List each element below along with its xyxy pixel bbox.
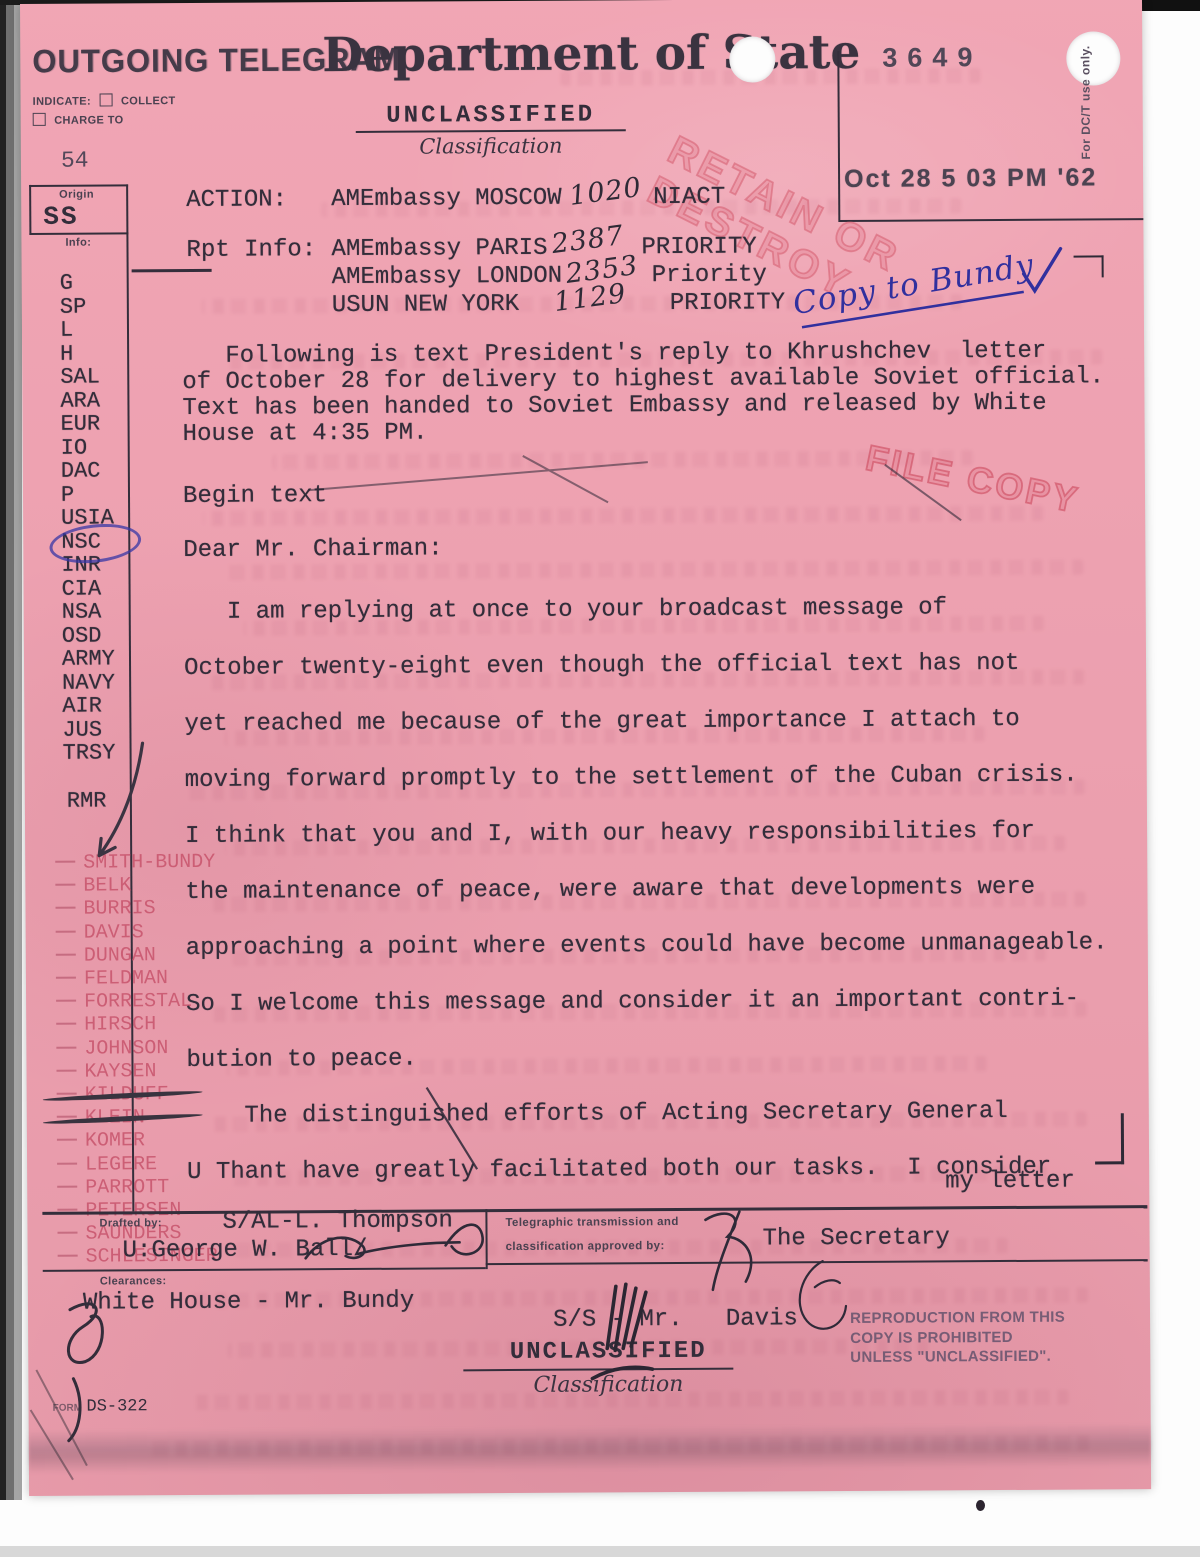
letter-body-line: approaching a point where events could h…: [186, 929, 1108, 962]
routing-code: G: [60, 271, 113, 295]
corner-mark-bottom: [1095, 1113, 1124, 1164]
letter-body-line: the maintenance of peace, were aware tha…: [185, 874, 1035, 906]
charge-to-label: CHARGE TO: [54, 114, 123, 126]
rpt-precedence: PRIORITY: [641, 234, 756, 262]
bottom-smudge: [29, 1423, 1151, 1474]
clearance-initials: [68, 1304, 103, 1441]
letter-body: I am replying at once to your broadcast …: [184, 593, 1148, 1219]
letter-body-line: I am replying at once to your broadcast …: [184, 594, 947, 626]
footer-divider: [485, 1209, 487, 1269]
intro-line: Text has been handed to Soviet Embassy a…: [182, 390, 1046, 422]
routing-code: SAL: [60, 365, 113, 389]
routing-code: DAC: [61, 459, 114, 483]
classification-label-bottom: Classification: [458, 1372, 758, 1399]
rpt-number-handwritten: 1129: [552, 278, 628, 318]
collect-label: COLLECT: [121, 95, 176, 107]
routing-code: SP: [60, 295, 113, 319]
scanned-telegram-page: OUTGOING TELEGRAM Department of State IN…: [0, 0, 1200, 1557]
serial-number: 3649: [882, 42, 982, 74]
approval-label-2: classification approved by:: [506, 1240, 686, 1253]
action-destination: AMEmbassy MOSCOW: [331, 185, 562, 213]
routing-code: EUR: [60, 412, 113, 436]
dct-box-bottom-border: [838, 218, 1143, 222]
rmr-code: RMR: [67, 789, 107, 813]
drafted-by-name: S/AL-L. Thompson: [222, 1207, 453, 1235]
charge-to-checkbox: [33, 113, 46, 126]
classification-rule-top: [356, 129, 626, 133]
clearance-ss-davis: S/S - Mr. Davis: [553, 1305, 798, 1333]
indicate-label: INDICATE:: [33, 96, 91, 108]
reproduction-notice-line: REPRODUCTION FROM THIS: [850, 1307, 1120, 1328]
action-precedence: NIACT: [653, 184, 725, 211]
rpt-precedence: Priority: [652, 261, 767, 289]
letter-body-line: October twenty-eight even though the off…: [184, 650, 1019, 682]
approved-by: The Secretary: [762, 1224, 949, 1252]
rpt-destination: USUN NEW YORK: [332, 291, 548, 319]
origin-box-left: [29, 185, 31, 235]
routing-code: ARMY: [62, 647, 115, 671]
classification-rule-bottom: [463, 1368, 733, 1372]
classification-value-top: UNCLASSIFIED: [351, 101, 631, 130]
letter-body-line: The distinguished efforts of Acting Secr…: [187, 1098, 1008, 1130]
approval-label-1: Telegraphic transmission and: [505, 1216, 685, 1229]
reproduction-notice-line: COPY IS PROHIBITED: [850, 1327, 1120, 1348]
rpt-precedence: PRIORITY: [670, 289, 785, 317]
routing-codes-list: GSPLHSALARAEURIODACPUSIANSCINRCIANSAOSDA…: [60, 271, 116, 765]
rpt-info-underline: [132, 269, 212, 272]
routing-code: CIA: [62, 577, 115, 601]
origin-label: Origin: [59, 189, 94, 201]
scanner-edge-strip: [0, 0, 22, 1500]
drafted-by-label: Drafted by:: [99, 1217, 162, 1229]
classification-label-top: Classification: [351, 133, 631, 159]
scan-speck: [976, 1500, 985, 1511]
origin-box-top: [29, 184, 128, 187]
reproduction-notice-line: UNLESS "UNCLASSIFIED".: [850, 1346, 1120, 1367]
intro-line: House at 4:35 PM.: [183, 420, 428, 448]
routing-code: H: [60, 342, 113, 366]
classification-value-bottom: UNCLASSIFIED: [458, 1338, 758, 1367]
rpt-info-label: Rpt Info:: [186, 236, 316, 264]
routing-code: IO: [61, 436, 114, 460]
routing-code: NSA: [62, 600, 115, 624]
routing-code: AIR: [62, 694, 115, 718]
scanner-bottom-edge: [0, 1546, 1200, 1557]
page-number: 54: [61, 148, 89, 174]
action-label: ACTION:: [186, 186, 287, 214]
collect-checkbox: [99, 93, 112, 106]
hole-punch-left: [729, 36, 775, 82]
routing-code: P: [61, 483, 114, 507]
charge-to-row: CHARGE TO: [33, 112, 124, 127]
routing-code: ARA: [60, 389, 113, 413]
corner-mark-top: [1074, 255, 1104, 277]
letter-body-line: moving forward promptly to the settlemen…: [185, 762, 1078, 794]
bleed-through-line: [203, 506, 1043, 526]
rpt-destination: AMEmbassy LONDON: [332, 263, 563, 291]
form-label: FORM: [53, 1403, 83, 1414]
letter-continuation-word: my letter: [945, 1168, 1075, 1196]
routing-code: JUS: [62, 718, 115, 742]
info-label: Info:: [65, 237, 91, 249]
dct-use-note: For DC/T use only.: [1078, 29, 1093, 159]
letter-body-line: I think that you and I, with our heavy r…: [185, 818, 1035, 850]
origin-value: SS: [43, 202, 78, 232]
routing-code: OSD: [62, 624, 115, 648]
salutation: Dear Mr. Chairman:: [183, 535, 442, 564]
agency-title: Department of State: [322, 25, 860, 83]
routing-code: L: [60, 318, 113, 342]
routing-code: NAVY: [62, 671, 115, 695]
letter-body-line: bution to peace.: [186, 1046, 417, 1074]
approval-box-bottom: [486, 1259, 1148, 1265]
clearances-label: Clearances:: [100, 1275, 167, 1287]
begin-text-line: Begin text: [183, 482, 327, 510]
letter-body-line: yet reached me because of the great impo…: [184, 706, 1019, 738]
indicate-row: INDICATE: COLLECT: [33, 93, 176, 108]
routing-code: TRSY: [63, 741, 116, 765]
hole-punch-right: [1066, 31, 1120, 85]
reproduction-notice: REPRODUCTION FROM THISCOPY IS PROHIBITED…: [850, 1307, 1120, 1367]
telegram-paper: OUTGOING TELEGRAM Department of State IN…: [20, 0, 1151, 1496]
date-received-stamp: Oct 28 5 03 PM '62: [844, 163, 1097, 194]
letter-body-line: So I welcome this message and consider i…: [186, 986, 1079, 1018]
form-number-value: DS-322: [86, 1397, 147, 1416]
rpt-destination: AMEmbassy PARIS: [331, 235, 547, 263]
drafted-by-name-2: U:George W. Ball/: [123, 1236, 368, 1264]
origin-box-bottom: [29, 232, 128, 235]
form-number: FORM DS-322: [53, 1397, 148, 1417]
letter-body-line: U Thant have greatly facilitated both ou…: [187, 1154, 1051, 1186]
clearance-white-house: White House - Mr. Bundy: [83, 1288, 414, 1317]
